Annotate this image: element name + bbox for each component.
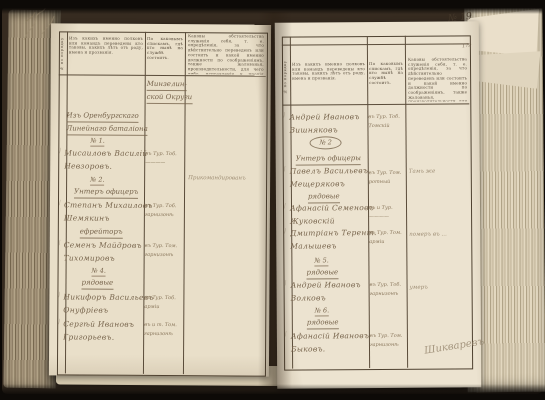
handwritten-note: въ Тур. Тоб.Томскій [368,113,404,131]
ledger-page-left: № по порядку Изъ какихъ именно полковъ и… [49,23,271,376]
photo-bottom-shadow [0,384,545,400]
archival-ledger-photo: № по порядку Изъ какихъ именно полковъ и… [0,0,545,400]
handwritten-remark: Прикомандированъ [188,174,264,182]
handwritten-remark: померъ въ … [409,230,467,238]
archive-stamp-number: 179 [462,43,472,50]
handwritten-note: въ и Тур.———— [369,204,405,222]
handwritten-number: № 6. [315,305,329,316]
handwritten-heading: рядовые [307,316,339,329]
handwritten-heading: Унтеръ офицеръ [74,185,138,198]
column-header-remarks: Каковы обстоятельства служенія себя, т. … [188,34,264,74]
column-header-service: По каковымъ спискамъ, гдѣ кто нынѣ на сл… [369,62,403,102]
handwritten-number: № 2. [90,175,104,186]
handwritten-name: Сергѣй ИвановъГригорьевъ. [63,317,147,344]
handwritten-number: № 1. [90,136,104,147]
handwritten-number: № 5. [314,255,328,266]
handwritten-note: въ и т. Том.гарнизонѣ [144,321,182,339]
handwritten-name: Павелъ ВасильевъМещеряковъ [290,164,374,191]
handwritten-note: въ Тур. Тоб.гарнизонѣ [370,281,406,299]
handwritten-name: Афанасій СеменовъЖуковскій [290,201,374,228]
handwritten-note: въ Тур. Тоб.арміи [144,294,182,312]
handwritten-oval: № 2 [310,136,342,149]
handwritten-note: въ Тур. Тоб.———— [145,150,183,168]
handwritten-heading: Минзелин-ской Округи [147,78,187,104]
handwritten-name: Степанъ МихаиловъШемякинъ [64,198,148,225]
handwritten-name: Дмитріанъ Терент.Малышевъ [290,226,374,253]
column-header-service: По каковымъ спискамъ, гдѣ кто нынѣ на сл… [147,37,183,74]
handwritten-name: Афанасій ИвановъБыковъ. [291,329,375,356]
handwritten-note: въ Тур. Том.ротный [369,169,405,187]
handwritten-name: Андрей ИвановъВишняковъ [289,110,373,137]
handwritten-name: Семенъ МайдровъТихомировъ [64,238,148,265]
handwritten-heading: ефрейторъ [80,226,123,239]
handwritten-note: въ Тур. Том.гарнизонѣ [145,242,183,260]
handwritten-remark: Тамъ же [409,167,467,175]
handwritten-heading: Изъ ОренбургскагоЛинейнаго баталіона [66,109,152,136]
column-header-remarks: Каковы обстоятельства служенія себя, т. … [408,57,467,101]
handwritten-note: въ Тур. Том.арміи [369,229,405,247]
handwritten-note: въ Тур. Том.гарнизонѣ [370,332,406,350]
handwritten-name: Андрей ИвановъВолковъ [291,278,375,305]
column-header-number: № по порядку [282,51,289,103]
ledger-page-right: № по порядку Изъ какихъ именно полковъ и… [275,21,482,388]
handwritten-note: въ Тур. Тоб.гарнизонѣ [145,202,183,220]
handwritten-name: Никифоръ ВасильевъОнуфріевъ [63,290,147,317]
handwritten-remark: умеръ [410,283,468,291]
handwritten-name: Мисаиловъ ВасилійНевзоровъ. [64,146,148,173]
handwritten-heading: рядовые [81,277,113,290]
column-header-names: Изъ какихъ именно полковъ или командъ пе… [292,62,365,103]
handwritten-number: № 4. [92,266,106,277]
